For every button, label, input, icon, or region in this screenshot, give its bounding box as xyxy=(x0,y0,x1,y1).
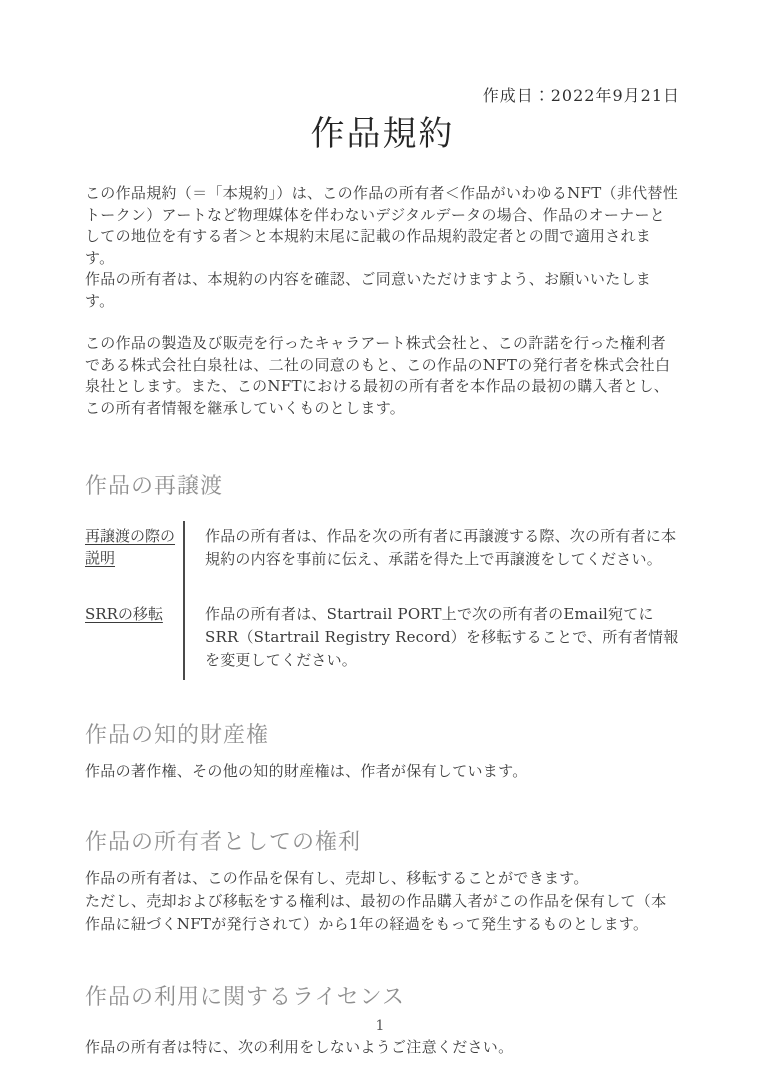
page-number: 1 xyxy=(0,1018,760,1034)
table-row-label-text: 再譲渡の際の説明 xyxy=(85,527,175,567)
document-page: 作成日：2022年9月21日 作品規約 この作品規約（＝「本規約」）は、この作品… xyxy=(0,0,760,1080)
table-row-label: 再譲渡の際の説明 xyxy=(85,525,183,569)
table-row: 再譲渡の際の説明 作品の所有者は、作品を次の所有者に再譲渡する際、次の所有者に本… xyxy=(85,525,680,571)
table-row-label-text: SRRの移転 xyxy=(85,605,163,623)
owner-rights-body-1: 作品の所有者は、この作品を保有し、売却し、移転することができます。 xyxy=(85,867,680,890)
document-content: 作成日：2022年9月21日 作品規約 この作品規約（＝「本規約」）は、この作品… xyxy=(0,0,760,1059)
intro-paragraph-1a: この作品規約（＝「本規約」）は、この作品の所有者＜作品がいわゆるNFT（非代替性… xyxy=(85,183,680,269)
section-heading-license: 作品の利用に関するライセンス xyxy=(85,984,680,1012)
document-title: 作品規約 xyxy=(85,112,680,156)
owner-rights-body-2: ただし、売却および移転をする権利は、最初の作品購入者がこの作品を保有して（本作品… xyxy=(85,890,680,936)
table-row-label: SRRの移転 xyxy=(85,603,183,625)
ip-body: 作品の著作権、その他の知的財産権は、作者が保有しています。 xyxy=(85,760,680,783)
section-heading-owner-rights: 作品の所有者としての権利 xyxy=(85,829,680,857)
intro-paragraph-1b: 作品の所有者は、本規約の内容を確認、ご同意いただけますよう、お願いいたします。 xyxy=(85,269,680,312)
section-heading-resale: 作品の再譲渡 xyxy=(85,473,680,501)
license-body: 作品の所有者は特に、次の利用をしないようご注意ください。 xyxy=(85,1036,680,1059)
table-row: SRRの移転 作品の所有者は、Startrail PORT上で次の所有者のEma… xyxy=(85,603,680,672)
table-row-text: 作品の所有者は、作品を次の所有者に再譲渡する際、次の所有者に本規約の内容を事前に… xyxy=(183,525,680,571)
section-heading-ip: 作品の知的財産権 xyxy=(85,722,680,750)
creation-date: 作成日：2022年9月21日 xyxy=(85,0,680,106)
resale-table: 再譲渡の際の説明 作品の所有者は、作品を次の所有者に再譲渡する際、次の所有者に本… xyxy=(85,525,680,672)
intro-paragraph-2: この作品の製造及び販売を行ったキャラアート株式会社と、この許諾を行った権利者であ… xyxy=(85,333,680,419)
table-row-text: 作品の所有者は、Startrail PORT上で次の所有者のEmail宛てにSR… xyxy=(183,603,680,672)
